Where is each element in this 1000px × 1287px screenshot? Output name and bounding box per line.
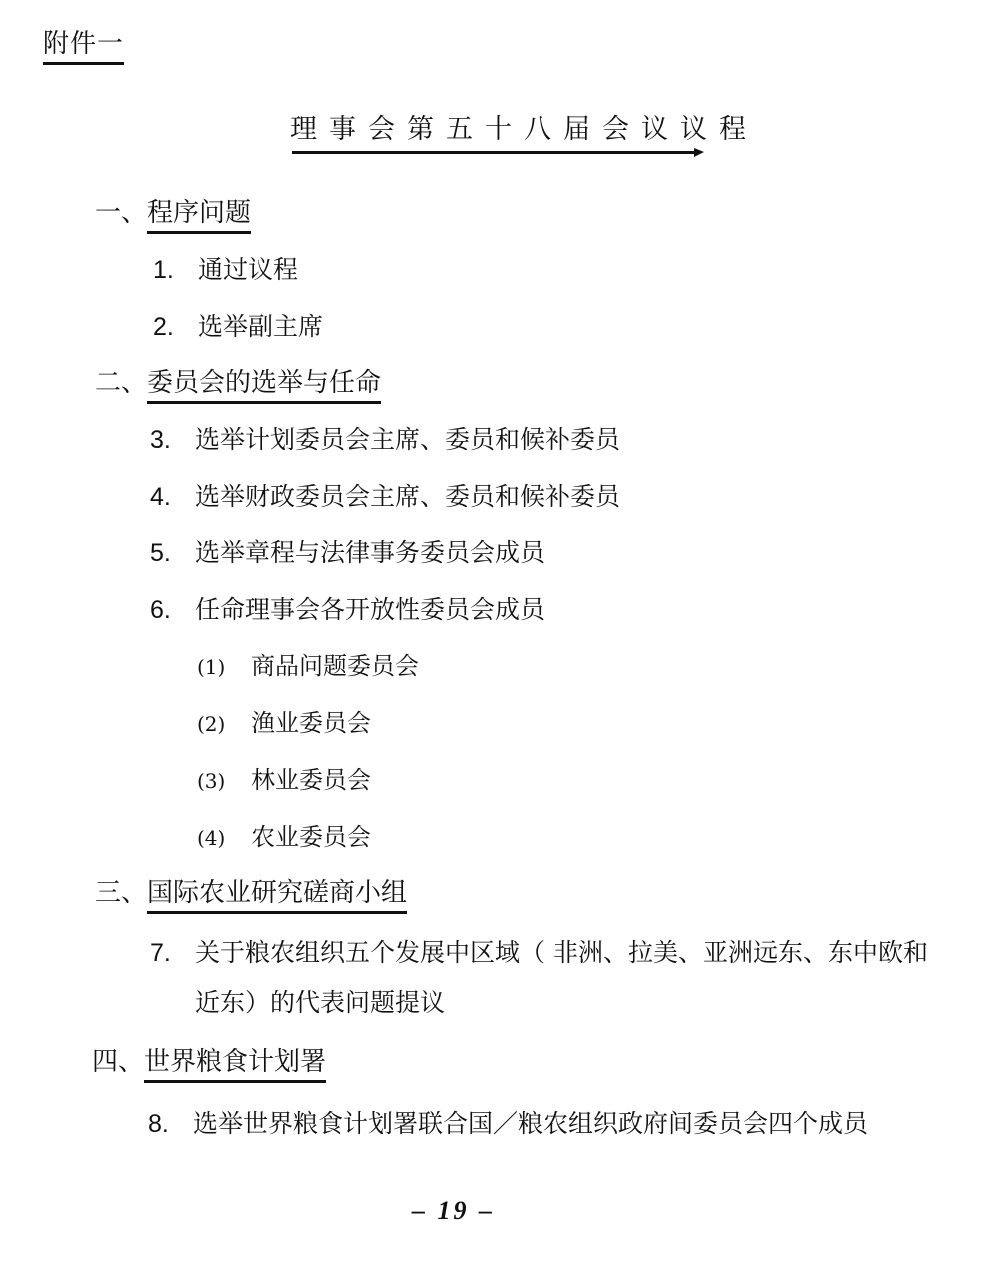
title-underline-arrow-icon — [694, 148, 704, 157]
sub-item-text: 林业委员会 — [251, 766, 371, 794]
page-number: – 19 – — [412, 1196, 495, 1226]
section-number: 四、 — [92, 1045, 144, 1079]
agenda-item-6: 6.任命理事会各开放性委员会成员 — [150, 594, 545, 626]
agenda-item-7-continued: 近东）的代表问题提议 — [195, 987, 445, 1019]
item-number: 8. — [148, 1108, 193, 1140]
agenda-item-3: 3.选举计划委员会主席、委员和候补委员 — [150, 424, 620, 456]
item-number: 5. — [150, 537, 195, 569]
item-number: 3. — [150, 424, 195, 456]
document-title: 理事会第五十八届会议议程 — [290, 112, 758, 148]
annex-label: 附件一 — [43, 28, 124, 65]
sub-item-3: (3)林业委员会 — [197, 765, 371, 796]
section-number: 一、 — [95, 196, 147, 230]
section-heading-3: 三、国际农业研究磋商小组 — [95, 876, 407, 914]
sub-item-4: (4)农业委员会 — [197, 822, 371, 853]
agenda-item-1: 1.通过议程 — [153, 254, 298, 286]
sub-item-number: (1) — [197, 652, 251, 682]
agenda-item-8: 8.选举世界粮食计划署联合国／粮农组织政府间委员会四个成员 — [148, 1108, 868, 1140]
section-heading-2: 二、委员会的选举与任命 — [95, 366, 381, 404]
sub-item-number: (2) — [197, 709, 251, 739]
section-label: 世界粮食计划署 — [144, 1047, 326, 1083]
item-number: 2. — [153, 311, 198, 343]
item-text: 选举章程与法律事务委员会成员 — [195, 538, 545, 567]
sub-item-2: (2)渔业委员会 — [197, 708, 371, 739]
item-text: 任命理事会各开放性委员会成员 — [195, 595, 545, 624]
section-heading-1: 一、程序问题 — [95, 196, 251, 234]
section-heading-4: 四、世界粮食计划署 — [92, 1045, 326, 1083]
title-underline — [292, 151, 700, 154]
sub-item-text: 商品问题委员会 — [251, 652, 419, 680]
section-label: 委员会的选举与任命 — [147, 368, 381, 404]
section-label: 程序问题 — [147, 198, 251, 234]
item-number: 4. — [150, 481, 195, 513]
section-label: 国际农业研究磋商小组 — [147, 878, 407, 914]
item-text: 选举世界粮食计划署联合国／粮农组织政府间委员会四个成员 — [193, 1109, 868, 1138]
agenda-item-4: 4.选举财政委员会主席、委员和候补委员 — [150, 481, 620, 513]
agenda-item-7: 7.关于粮农组织五个发展中区域（ 非洲、拉美、亚洲远东、东中欧和 — [150, 937, 928, 969]
item-text-line2: 近东）的代表问题提议 — [195, 988, 445, 1017]
sub-item-text: 农业委员会 — [251, 823, 371, 851]
item-text: 选举财政委员会主席、委员和候补委员 — [195, 482, 620, 511]
item-number: 1. — [153, 254, 198, 286]
sub-item-number: (3) — [197, 766, 251, 796]
agenda-item-2: 2.选举副主席 — [153, 311, 323, 343]
agenda-item-5: 5.选举章程与法律事务委员会成员 — [150, 537, 545, 569]
item-number: 7. — [150, 937, 195, 969]
item-text-line1: 关于粮农组织五个发展中区域（ 非洲、拉美、亚洲远东、东中欧和 — [195, 938, 928, 967]
item-text: 选举计划委员会主席、委员和候补委员 — [195, 425, 620, 454]
item-text: 通过议程 — [198, 255, 298, 284]
item-text: 选举副主席 — [198, 312, 323, 341]
sub-item-number: (4) — [197, 823, 251, 853]
section-number: 二、 — [95, 366, 147, 400]
sub-item-text: 渔业委员会 — [251, 709, 371, 737]
sub-item-1: (1)商品问题委员会 — [197, 651, 419, 682]
item-number: 6. — [150, 594, 195, 626]
section-number: 三、 — [95, 876, 147, 910]
